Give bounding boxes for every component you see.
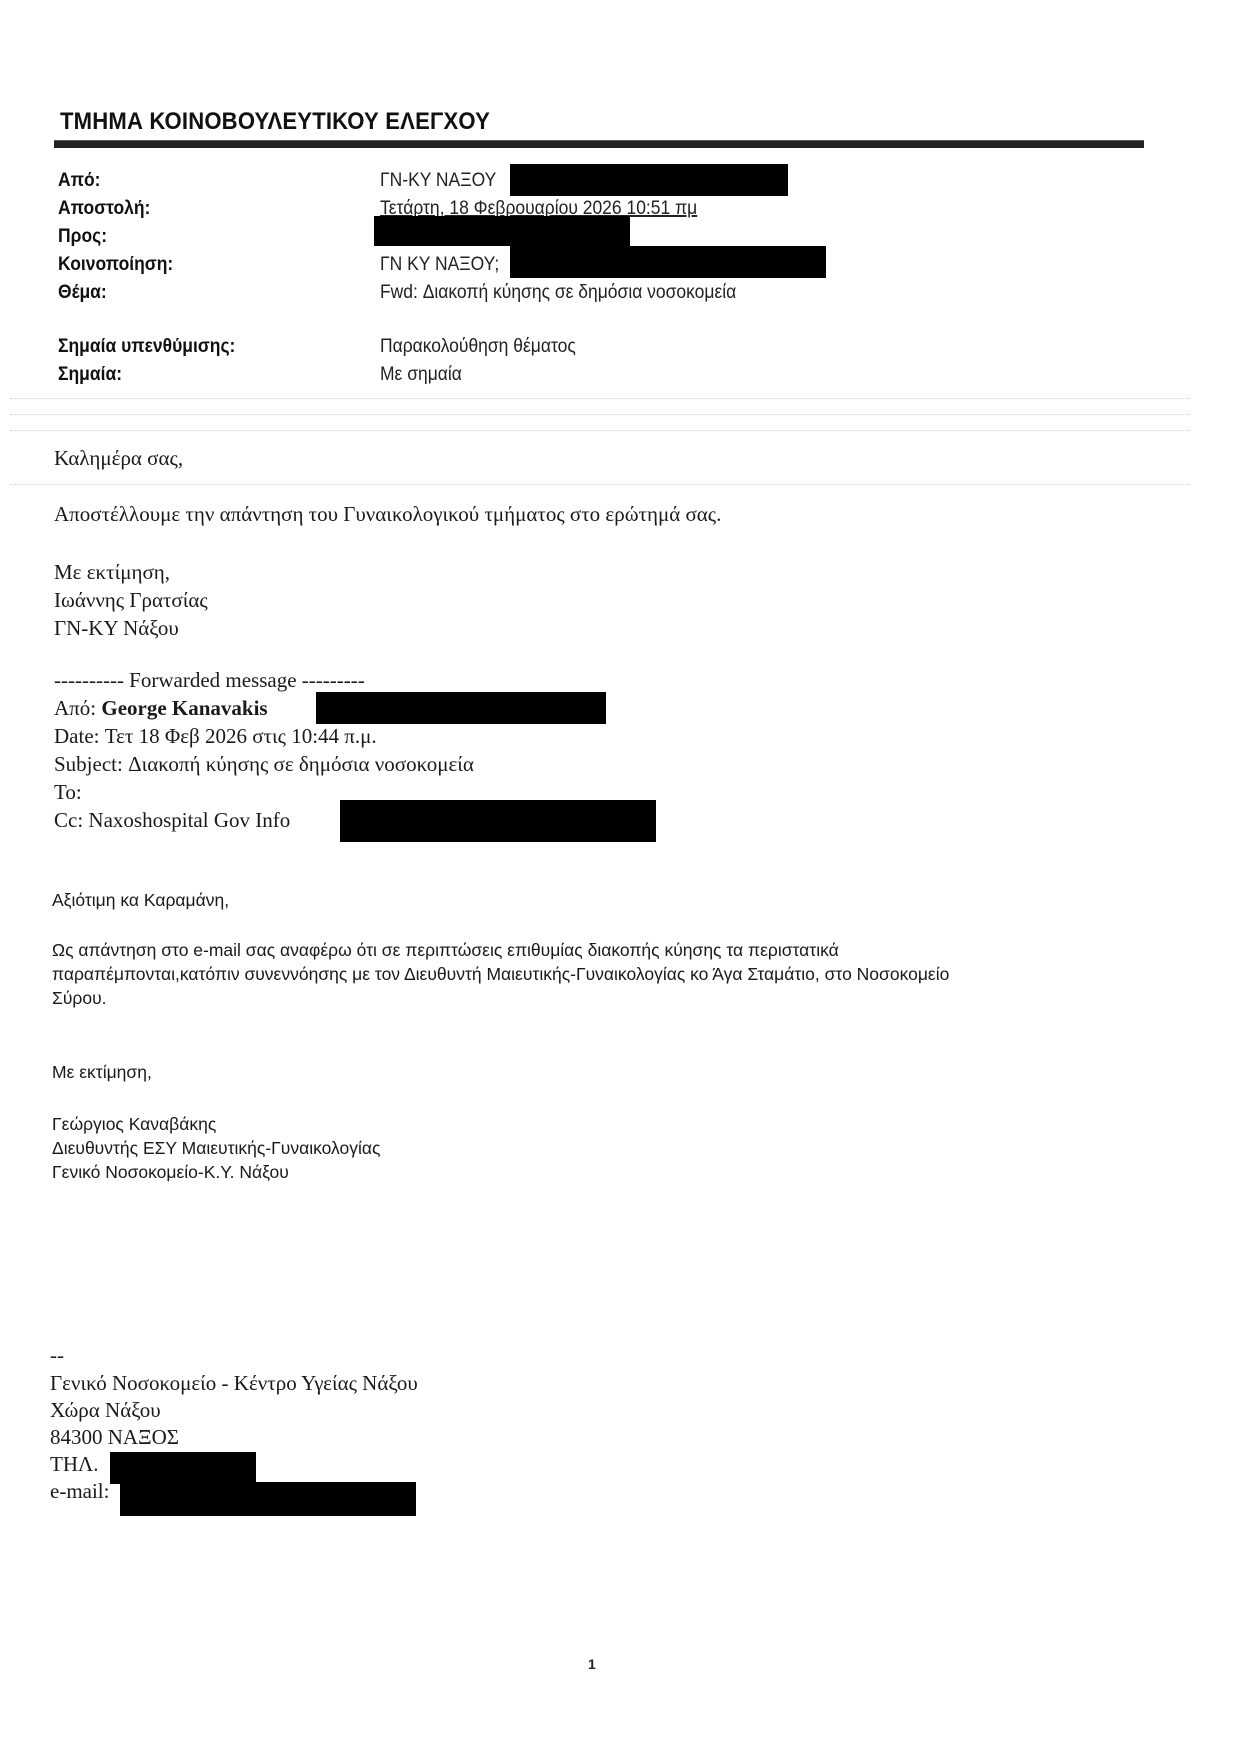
redacted-forwarded-from-address <box>316 692 606 724</box>
cover-body: Αποστέλλουμε την απάντηση του Γυναικολογ… <box>54 500 721 528</box>
from-label: Από: <box>58 168 101 194</box>
forwarded-to-label: To: <box>54 780 82 804</box>
forwarded-from-name: George Kanavakis <box>101 696 267 720</box>
redacted-forwarded-cc-address <box>340 800 656 842</box>
cover-closing: Με εκτίμηση, <box>54 558 170 586</box>
forwarded-from: Από: George Kanavakis <box>54 694 268 722</box>
scanned-document-page: ΤΜΗΜΑ ΚΟΙΝΟΒΟΥΛΕΥΤΙΚΟΥ ΕΛΕΓΧΟΥ Από: ΓΝ-Κ… <box>0 0 1240 1754</box>
forwarded-subject-label: Subject: <box>54 752 123 776</box>
inner-salutation: Αξιότιμη κα Καραμάνη, <box>52 888 229 912</box>
signature-town: Χώρα Νάξου <box>50 1397 161 1424</box>
signature-postal: 84300 ΝΑΞΟΣ <box>50 1424 179 1451</box>
redacted-from-address <box>510 164 788 196</box>
signature-phone-label: ΤΗΛ. <box>50 1452 98 1476</box>
forwarded-date: Date: Τετ 18 Φεβ 2026 στις 10:44 π.μ. <box>54 722 377 750</box>
forwarded-subject-value: Διακοπή κύησης σε δημόσια νοσοκομεία <box>128 752 474 776</box>
redacted-email <box>120 1482 416 1516</box>
signature-email-label: e-mail: <box>50 1479 109 1503</box>
subject-value: Fwd: Διακοπή κύησης σε δημόσια νοσοκομεί… <box>380 280 736 306</box>
cover-signer-org: ΓΝ-ΚΥ Νάξου <box>54 614 179 642</box>
signature-org: Γενικό Νοσοκομείο - Κέντρο Υγείας Νάξου <box>50 1370 418 1397</box>
flag-status-value: Με σημαία <box>380 362 462 388</box>
forwarded-date-value: Τετ 18 Φεβ 2026 στις 10:44 π.μ. <box>105 724 377 748</box>
forwarded-subject: Subject: Διακοπή κύησης σε δημόσια νοσοκ… <box>54 750 474 778</box>
forwarded-date-label: Date: <box>54 724 99 748</box>
followup-flag-label: Σημαία υπενθύμισης: <box>58 334 235 360</box>
flag-status-label: Σημαία: <box>58 362 122 388</box>
page-number: 1 <box>588 1656 596 1672</box>
inner-body-line: παραπέμπονται,κατόπιν συνεννόησης με τον… <box>52 962 949 986</box>
inner-signer-name: Γεώργιος Καναβάκης <box>52 1112 216 1136</box>
forwarded-to: To: <box>54 778 82 806</box>
inner-signer-org: Γενικό Νοσοκομείο-Κ.Υ. Νάξου <box>52 1160 289 1184</box>
sent-label: Αποστολή: <box>58 196 150 222</box>
scan-noise <box>10 414 1190 416</box>
inner-signer-title: Διευθυντής ΕΣΥ Μαιευτικής-Γυναικολογίας <box>52 1136 380 1160</box>
inner-closing: Με εκτίμηση, <box>52 1060 152 1084</box>
scan-noise <box>10 484 1190 486</box>
department-title: ΤΜΗΜΑ ΚΟΙΝΟΒΟΥΛΕΥΤΙΚΟΥ ΕΛΕΓΧΟΥ <box>60 108 490 136</box>
to-label: Προς: <box>58 224 107 250</box>
inner-body-line: Σύρου. <box>52 986 107 1010</box>
redacted-phone <box>110 1452 256 1484</box>
cover-greeting: Καλημέρα σας, <box>54 444 183 472</box>
cc-value: ΓΝ ΚΥ ΝΑΞΟΥ; <box>380 252 499 278</box>
redacted-to-address <box>374 216 630 246</box>
signature-separator: -- <box>50 1342 64 1369</box>
scan-noise <box>10 430 1190 432</box>
title-rule <box>54 140 1144 148</box>
cover-signer-name: Ιωάννης Γρατσίας <box>54 586 208 614</box>
cc-label: Κοινοποίηση: <box>58 252 173 278</box>
scan-noise <box>10 398 1190 400</box>
forwarded-cc-label: Cc: <box>54 808 83 832</box>
forwarded-cc-value: Naxoshospital Gov Info <box>88 808 290 832</box>
followup-flag-value: Παρακολούθηση θέματος <box>380 334 576 360</box>
forwarded-separator: ---------- Forwarded message --------- <box>54 666 365 694</box>
signature-phone: ΤΗΛ. <box>50 1451 98 1478</box>
signature-email: e-mail: <box>50 1478 109 1505</box>
redacted-cc-address <box>510 246 826 278</box>
subject-label: Θέμα: <box>58 280 107 306</box>
inner-body-line: Ως απάντηση στο e-mail σας αναφέρω ότι σ… <box>52 938 839 962</box>
forwarded-cc: Cc: Naxoshospital Gov Info <box>54 806 290 834</box>
from-value: ΓΝ-ΚΥ ΝΑΞΟΥ <box>380 168 496 194</box>
forwarded-from-label: Από: <box>54 696 96 720</box>
